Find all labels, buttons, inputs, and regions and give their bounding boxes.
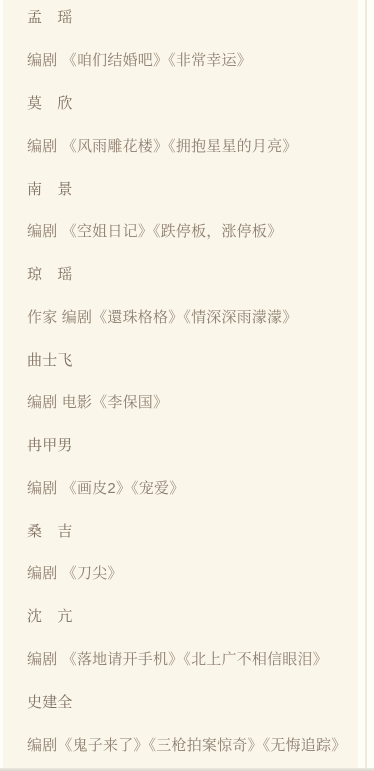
writer-name: 曲士飞 [3,338,358,381]
writer-credits: 编剧 《风雨雕花楼》《拥抱星星的月亮》 [3,124,358,167]
writer-name: 琼 瑶 [3,252,358,295]
scrollbar-track-line [365,0,367,768]
writer-credits: 编剧《鬼子来了》《三枪拍案惊奇》《无悔追踪》 [3,723,358,766]
writer-credits: 编剧 《刀尖》 [3,552,358,595]
writer-name: 莫 欣 [3,81,358,124]
writer-name: 桑 吉 [3,509,358,552]
writer-name: 孟 瑶 [3,0,358,38]
writer-credits: 编剧 《画皮2》《宠爱》 [3,466,358,509]
writer-credits: 作家 编剧《還珠格格》《情深深雨濛濛》 [3,295,358,338]
writer-credits: 编剧 《咱们结婚吧》《非常幸运》 [3,38,358,81]
screenwriter-list-page: 孟 瑶 编剧 《咱们结婚吧》《非常幸运》 莫 欣 编剧 《风雨雕花楼》《拥抱星星… [3,0,358,768]
writer-credits: 编剧 《落地请开手机》《北上广不相信眼泪》 [3,637,358,680]
writer-credits: 编剧 电影《李保国》 [3,381,358,424]
scrollbar-track[interactable] [358,0,374,768]
writer-name: 沈 亢 [3,594,358,637]
writer-credits: 编剧 《空姐日记》《跌停板，涨停板》 [3,209,358,252]
screenwriter-list: 孟 瑶 编剧 《咱们结婚吧》《非常幸运》 莫 欣 编剧 《风雨雕花楼》《拥抱星星… [3,0,358,765]
writer-name: 南 景 [3,167,358,210]
screenshot-root: 孟 瑶 编剧 《咱们结婚吧》《非常幸运》 莫 欣 编剧 《风雨雕花楼》《拥抱星星… [0,0,374,771]
writer-name: 史建全 [3,680,358,723]
writer-name: 冉甲男 [3,423,358,466]
